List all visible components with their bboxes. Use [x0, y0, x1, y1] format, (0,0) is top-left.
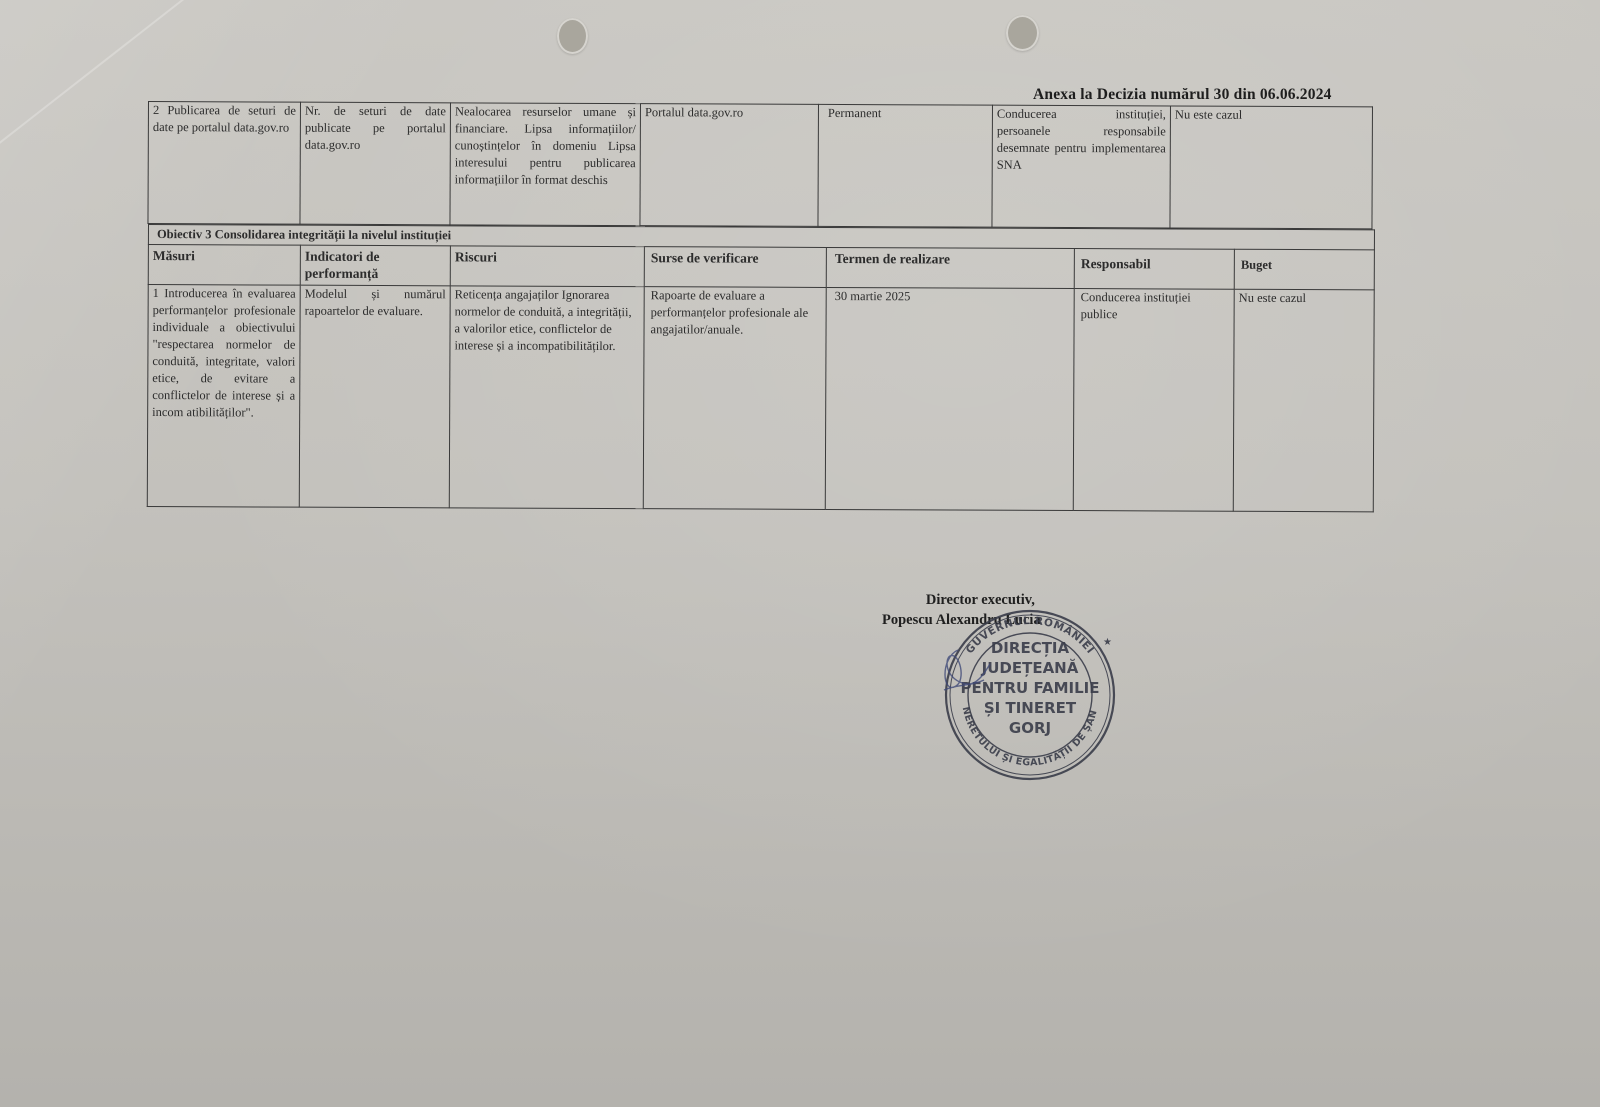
- header-buget: Buget: [1234, 249, 1374, 290]
- header-row: Măsuri Indicatori de performanță Riscuri…: [148, 245, 1374, 290]
- cell-surse: Rapoarte de evaluare a performanțelor pr…: [643, 287, 826, 510]
- header-surse: Surse de verificare: [644, 247, 826, 288]
- svg-text:DIRECȚIA: DIRECȚIA: [991, 639, 1070, 657]
- header-indicatori: Indicatori de performanță: [300, 245, 450, 286]
- table-row: 1 Introducerea în evaluarea performanțel…: [147, 285, 1374, 512]
- cell-surse: Portalul data.gov.ro: [640, 104, 819, 227]
- cell-responsabil: Conducerea instituției publice: [1073, 289, 1234, 512]
- annex-title: Anexa la Decizia numărul 30 din 06.06.20…: [1033, 86, 1332, 104]
- cell-termen: 30 martie 2025: [825, 287, 1074, 510]
- cell-buget: Nu este cazul: [1170, 106, 1373, 229]
- cell-indicatori: Modelul și numărul rapoartelor de evalua…: [299, 285, 450, 508]
- cell-masuri: 1 Introducerea în evaluarea performanțel…: [147, 285, 300, 508]
- punch-hole-left: [557, 18, 588, 54]
- table-row: 2 Publicarea de seturi de date pe portal…: [148, 102, 1373, 229]
- svg-text:GORJ: GORJ: [1009, 719, 1051, 737]
- handwritten-signature-icon: [938, 640, 998, 710]
- header-responsabil: Responsabil: [1074, 249, 1234, 290]
- cell-indicatori: Nr. de seturi de date publicate pe porta…: [300, 102, 451, 225]
- cell-responsabil: Conducerea instituției, persoanele respo…: [992, 105, 1171, 228]
- objective3-table: Obiectiv 3 Consolidarea integrității la …: [147, 224, 1375, 512]
- cell-buget: Nu este cazul: [1233, 289, 1374, 512]
- header-termen: Termen de realizare: [826, 247, 1074, 288]
- cell-riscuri: Reticența angajaților Ignorarea normelor…: [449, 286, 644, 509]
- scanned-page: Anexa la Decizia numărul 30 din 06.06.20…: [0, 0, 1600, 1107]
- punch-hole-right: [1006, 15, 1039, 51]
- objective2-table: 2 Publicarea de seturi de date pe portal…: [147, 101, 1373, 229]
- header-riscuri: Riscuri: [450, 246, 644, 287]
- cell-riscuri: Nealocarea resurselor umane și financiar…: [450, 103, 641, 226]
- svg-text:★: ★: [1103, 637, 1112, 648]
- cell-termen: Permanent: [818, 104, 993, 227]
- header-masuri: Măsuri: [148, 245, 300, 286]
- cell-masuri: 2 Publicarea de seturi de date pe portal…: [148, 102, 301, 225]
